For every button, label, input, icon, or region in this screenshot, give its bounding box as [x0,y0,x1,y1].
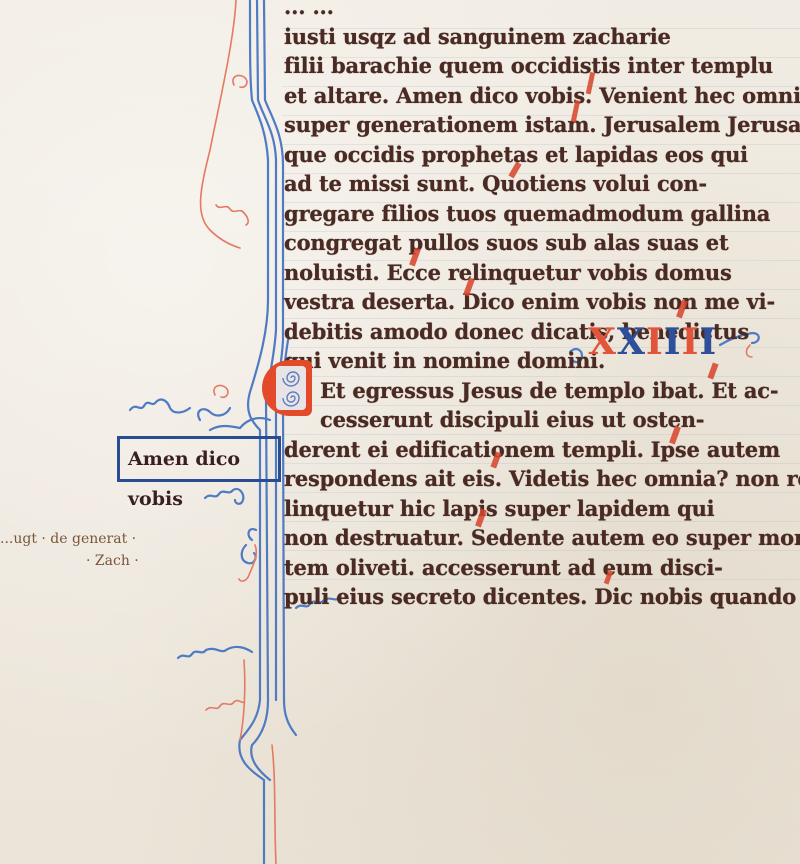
penwork-fill [276,366,306,410]
manuscript-page: ... ... iusti usqz ad sanguinem zacharie… [0,0,800,864]
text-line: filii barachie quem occidistis inter tem… [284,51,784,81]
text-line: congregat pullos suos sub alas suas et [284,228,784,258]
margin-annotation: ...ugt · de generat · · Zach · [0,528,139,572]
text-line: derent ei edificationem templi. Ipse aut… [284,435,784,465]
text-line: vestra deserta. Dico enim vobis non me v… [284,287,784,317]
margin-boxed-note: Amen dico vobis [117,436,281,482]
text-line: cesserunt discipuli eius ut osten- [284,405,784,435]
text-line: puli eius secreto dicentes. Dic nobis qu… [284,582,784,612]
text-line: gregare filios tuos quemadmodum gallina [284,199,784,229]
margin-annotation-line: · Zach · [0,550,139,572]
margin-annotation-line: ...ugt · de generat · [0,528,139,550]
chapter-number-rubric: XXIIII [588,322,717,362]
text-line: Et egressus Jesus de templo ibat. Et ac- [284,376,784,406]
text-line: que occidis prophetas et lapidas eos qui [284,140,784,170]
text-line: ad te missi sunt. Quotiens volui con- [284,169,784,199]
text-line: ... ... [284,0,784,22]
text-line: non destruatur. Sedente autem eo super m… [284,523,784,553]
text-line: et altare. Amen dico vobis. Venient hec … [284,81,784,111]
text-line: noluisti. Ecce relinquetur vobis domus [284,258,784,288]
text-line: iusti usqz ad sanguinem zacharie [284,22,784,52]
text-line: super generationem istam. Jerusalem Jeru… [284,110,784,140]
decorated-initial-e [262,360,312,416]
text-line: respondens ait eis. Videtis hec omnia? n… [284,464,784,494]
spiral-penwork-icon [276,366,306,410]
main-text-column: ... ... iusti usqz ad sanguinem zacharie… [284,0,784,612]
text-line: linquetur hic lapis super lapidem qui [284,494,784,524]
text-line: tem oliveti. accesserunt ad eum disci- [284,553,784,583]
